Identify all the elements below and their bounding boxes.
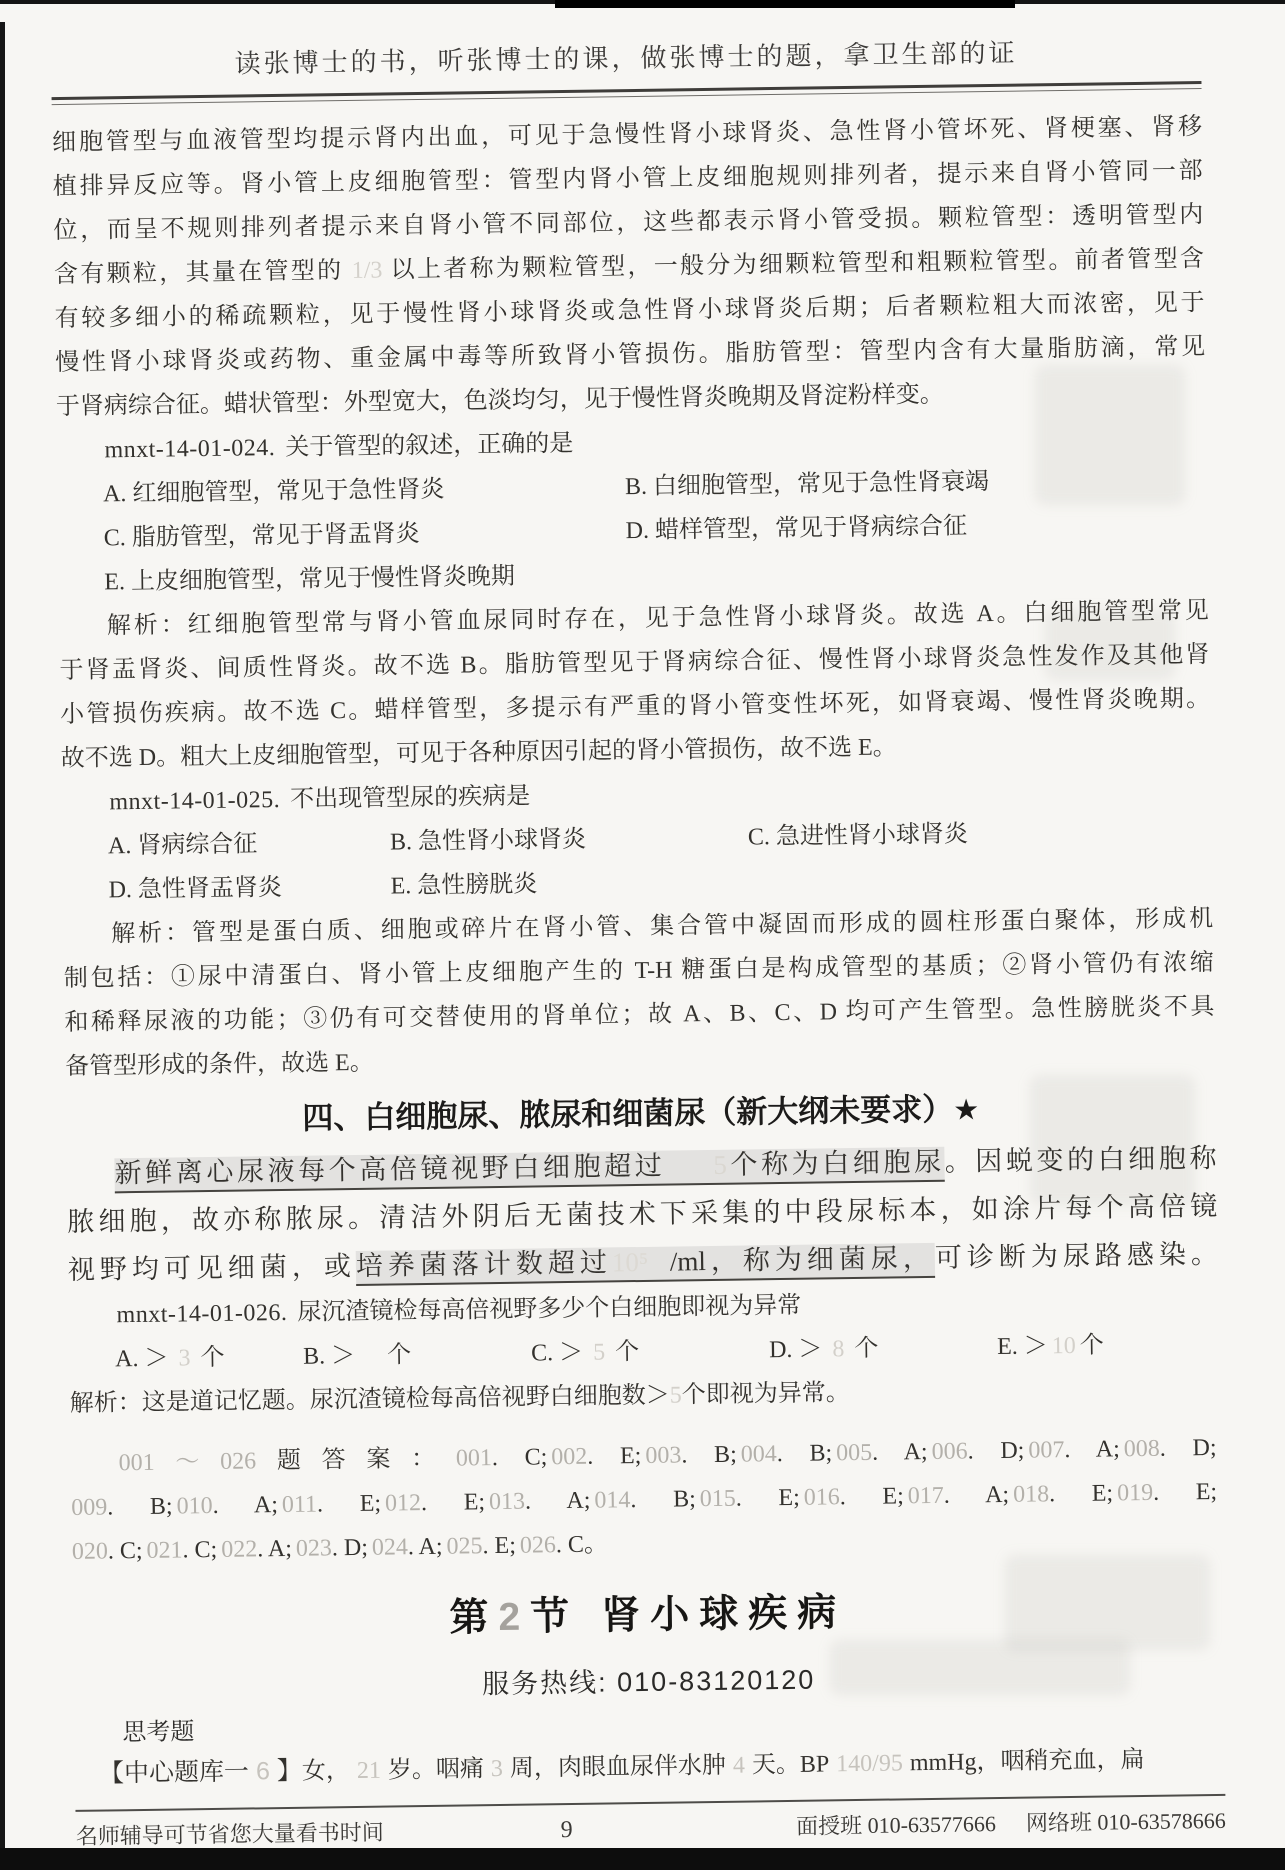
answer-item: 010. A;	[176, 1492, 278, 1519]
answer-item: 006. D;	[931, 1438, 1024, 1465]
text-segment: 含有颗粒，其量在管型的	[54, 258, 352, 288]
text-segment: 。因蜕变的白细胞称	[944, 1143, 1216, 1177]
answer-item: 021. C;	[146, 1537, 217, 1564]
answer-item: 007. A;	[1028, 1436, 1120, 1463]
text-segment: 以上者称为颗粒管型，一般分为细颗粒管型和粗颗粒管型。前者管型含	[382, 246, 1204, 283]
faded-value: 10	[1047, 1324, 1080, 1368]
answer-item: 026. C。	[520, 1531, 608, 1558]
blank-faded-value: 10⁵	[612, 1238, 671, 1287]
option-unit: 个	[387, 1342, 411, 1368]
answer-item: 009. B;	[71, 1494, 173, 1521]
question-stem: 尿沉渣镜检每高倍视野多少个白细胞即视为异常	[297, 1293, 801, 1326]
option-label: D.	[769, 1337, 793, 1363]
answer-item: 020. C;	[72, 1538, 143, 1565]
faded-value: 5	[583, 1330, 616, 1374]
answer-item: 015. E;	[700, 1485, 800, 1512]
option-a: A. 红细胞管型，常见于急性肾炎	[103, 465, 626, 516]
explanation-025: 解析：管型是蛋白质、细胞或碎片在肾小管、集合管中凝固而形成的圆柱形蛋白聚体，形成…	[63, 897, 1215, 1089]
question-stem: 关于管型的叙述，正确的是	[285, 431, 573, 461]
greater-than-sign: ＞	[798, 1336, 822, 1362]
chapter-title: 第2节肾小球疾病	[72, 1580, 1223, 1652]
greater-than-sign: ＞	[1024, 1333, 1048, 1359]
answer-item: 001. C;	[456, 1444, 548, 1471]
option-e: E. 上皮细胞管型，常见于慢性肾炎晚期	[104, 564, 515, 596]
key-point-paragraph: 新鲜离心尿液每个高倍镜视野白细胞超过5个称为白细胞尿。因蜕变的白细胞称 脓细胞，…	[66, 1134, 1218, 1294]
answer-item: 008. D;	[1124, 1435, 1217, 1462]
answer-item: 024. A;	[372, 1534, 443, 1561]
title-segment: 第	[449, 1596, 499, 1640]
answer-item: 022. A;	[221, 1536, 292, 1563]
answer-item: 004. B;	[741, 1440, 833, 1467]
option-c: C. ＞5个	[531, 1328, 764, 1375]
option-unit: 个	[615, 1339, 639, 1365]
answer-item: 003. B;	[645, 1442, 737, 1469]
faded-value: 21	[350, 1758, 388, 1785]
faded-value: 1/3	[352, 258, 383, 284]
scan-border-top	[0, 0, 1285, 4]
option-b: B. 急性肾小球肾炎	[390, 815, 749, 864]
answer-item: 025. E;	[446, 1533, 516, 1560]
text-segment: 岁。咽痛	[388, 1756, 484, 1783]
faded-value: 4	[726, 1752, 752, 1778]
answer-key-label: 题答案：	[256, 1446, 456, 1475]
option-unit: 个	[854, 1336, 878, 1362]
text-segment: 个称为白细胞尿	[727, 1147, 945, 1180]
question-id: mnxt-14-01-025.	[109, 787, 280, 815]
text-segment: 周，肉眼血尿伴水肿	[510, 1753, 726, 1782]
answer-item: 014. B;	[594, 1486, 696, 1513]
faded-value: 3	[484, 1756, 510, 1782]
answer-item: 002. E;	[551, 1443, 641, 1470]
option-d: D. 蜡样管型，常见于肾病综合征	[625, 513, 967, 544]
page-number: 9	[496, 1816, 636, 1845]
option-a: A. 肾病综合征	[108, 820, 391, 868]
option-label: C.	[531, 1340, 553, 1366]
intro-paragraph: 细胞管型与血液管型均提示肾内出血，可见于急慢性肾小球肾炎、急性肾小管坏死、肾梗塞…	[52, 105, 1206, 429]
explanation-line: 解析：这是道记忆题。尿沉渣镜检每高倍视野白细胞数＞	[70, 1383, 670, 1417]
explanation-024: 解析：红细胞管型常与肾小管血尿同时存在，见于急性肾小球肾炎。故选 A。白细胞管型…	[59, 589, 1211, 781]
bank-tag: 【中心题库一6】	[99, 1757, 302, 1788]
option-e: E. ＞10个	[997, 1324, 1104, 1369]
header-rule	[52, 81, 1202, 105]
question-stem: 不出现管型尿的疾病是	[290, 783, 530, 812]
option-e: E. 急性膀胱炎	[390, 871, 537, 899]
scan-border-left	[0, 22, 5, 1870]
greater-than-sign: ＞	[144, 1346, 168, 1372]
faded-value: 8	[822, 1327, 855, 1371]
text-segment: 天。BP	[752, 1751, 830, 1778]
option-d: D. ＞8个	[769, 1325, 992, 1372]
option-a: A. ＞3个	[115, 1335, 298, 1382]
answer-item: 011. E;	[282, 1491, 381, 1518]
question-id: mnxt-14-01-024.	[104, 435, 275, 463]
star-icon: ★	[953, 1094, 979, 1126]
scan-border-bottom	[0, 1848, 1285, 1870]
answer-item: 013. A;	[489, 1488, 591, 1515]
hotline: 服务热线: 010-83120120	[73, 1652, 1223, 1707]
faded-value: 6	[249, 1757, 277, 1785]
text-segment: 视野均可见细菌，或	[68, 1251, 356, 1285]
answer-item: 012. E;	[385, 1489, 485, 1516]
text-segment: 女，	[302, 1758, 350, 1785]
blank-faded-value: 5	[665, 1141, 727, 1190]
option-unit: 个	[200, 1345, 224, 1371]
scanned-textbook-page: { "page": { "header_title": "读张博士的书，听张博士…	[0, 0, 1285, 1870]
option-b: B. 白细胞管型，常见于急性肾衰竭	[625, 469, 989, 500]
greater-than-sign: ＞	[559, 1340, 583, 1366]
phone-contact-classroom: 面授班 010-63577666	[796, 1807, 996, 1841]
question-id: mnxt-14-01-026.	[116, 1300, 287, 1328]
option-c: C. 脂肪管型，常见于肾盂肾炎	[103, 509, 626, 560]
answer-item: 023. D;	[296, 1535, 368, 1562]
explanation-line: 个即视为异常。	[682, 1380, 850, 1408]
title-segment: 肾小球疾病	[601, 1591, 847, 1637]
answer-item: 005. A;	[836, 1439, 928, 1466]
option-b: B. ＞个	[303, 1332, 526, 1379]
greater-than-sign: ＞	[331, 1343, 355, 1369]
option-unit: 个	[1080, 1333, 1104, 1359]
option-label: E.	[997, 1334, 1018, 1360]
highlighted-text: 培养菌落计数超过10⁵/ml，称为细菌尿，	[356, 1243, 935, 1286]
highlighted-text: 新鲜离心尿液每个高倍镜视野白细胞超过5个称为白细胞尿	[114, 1147, 945, 1194]
option-label: A.	[115, 1346, 139, 1372]
text-segment: 新鲜离心尿液每个高倍镜视野白细胞超过	[114, 1151, 665, 1189]
answer-item: 018. E;	[1013, 1480, 1113, 1507]
option-d: D. 急性肾盂肾炎	[108, 864, 391, 912]
text-segment: 可诊断为尿路感染。	[935, 1239, 1218, 1273]
footer: 名师辅导可节省您大量看书时间 9 面授班 010-63577666网络班 010…	[75, 1794, 1225, 1851]
option-label: B.	[303, 1343, 325, 1369]
footer-slogan: 名师辅导可节省您大量看书时间	[76, 1814, 497, 1851]
phone-contact-online: 网络班 010-63578666	[1026, 1804, 1226, 1838]
faded-value: 5	[670, 1382, 682, 1408]
faded-value: 140/95	[829, 1750, 910, 1777]
answer-range: 001～026	[118, 1448, 256, 1476]
answer-item: 017. A;	[908, 1482, 1010, 1509]
section-heading-text: 四、白细胞尿、脓尿和细菌尿（新大纲未要求）	[302, 1092, 953, 1136]
faded-value: 3	[168, 1336, 201, 1380]
page-content: 读张博士的书，听张博士的课，做张博士的题，拿卫生部的证 细胞管型与血液管型均提示…	[50, 0, 1226, 1870]
answer-key: 001～026题答案：001. C;002. E;003. B;004. B;0…	[70, 1426, 1222, 1574]
text-segment: mmHg，咽稍充血，扁	[910, 1747, 1145, 1776]
option-c: C. 急进性肾小球肾炎	[748, 821, 968, 850]
footer-contacts: 面授班 010-63577666网络班 010-63578666	[636, 1804, 1226, 1843]
answer-item: 019. E;	[1117, 1479, 1217, 1506]
text-segment: 培养菌落计数超过	[356, 1247, 612, 1281]
faded-section-number: 2	[498, 1596, 530, 1639]
text-segment: /ml，称为细菌尿，	[670, 1243, 935, 1277]
header-slogan: 读张博士的书，听张博士的课，做张博士的题，拿卫生部的证	[51, 30, 1201, 83]
answer-item: 016. E;	[804, 1483, 904, 1510]
title-segment: 节	[530, 1595, 580, 1639]
